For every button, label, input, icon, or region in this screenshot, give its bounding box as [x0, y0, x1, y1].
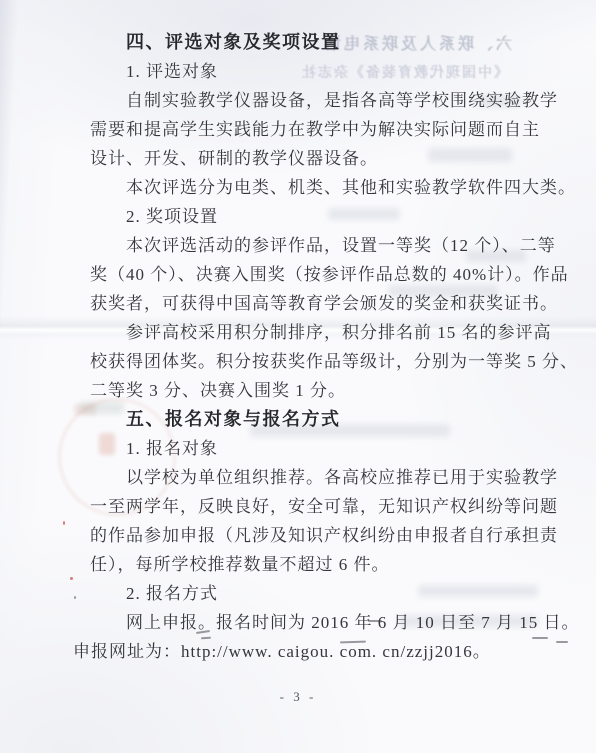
doc-line: 本次评选活动的参评作品，设置一等奖（12 个）、二等 — [90, 231, 538, 260]
doc-line: 的作品参加申报（凡涉及知识产权纠纷由申报者自行承担责 — [90, 521, 538, 550]
doc-line: 以学校为单位组织推荐。各高校应推荐已用于实验教学 — [90, 463, 538, 492]
doc-line: 本次评选分为电类、机类、其他和实验教学软件四大类。 — [90, 173, 538, 202]
scanned-document-page: 六、联系人及联系电话 《中国现代教育装备》杂志社 四、评选对象及奖项设置 1. … — [0, 0, 596, 753]
doc-line: 任），每所学校推荐数量不超过 6 件。 — [90, 550, 538, 579]
doc-line: 自制实验教学仪器设备，是指各高等学校围绕实验教学 — [90, 86, 538, 115]
doc-line: 校获得团体奖。积分按获奖作品等级计，分别为一等奖 5 分、 — [90, 347, 538, 376]
subheading-5-1: 1. 报名对象 — [90, 434, 538, 463]
document-body: 四、评选对象及奖项设置 1. 评选对象 自制实验教学仪器设备，是指各高等学校围绕… — [90, 28, 538, 666]
doc-line: 二等奖 3 分、决赛入围奖 1 分。 — [90, 376, 538, 405]
subheading-4-1: 1. 评选对象 — [90, 57, 538, 86]
doc-line: 网上申报。报名时间为 2016 年 6 月 10 日至 7 月 15 日。 — [90, 608, 538, 637]
ink-speck — [70, 577, 73, 580]
section-heading-4: 四、评选对象及奖项设置 — [90, 28, 538, 57]
section-heading-5: 五、报名对象与报名方式 — [90, 405, 538, 434]
doc-line: 设计、开发、研制的教学仪器设备。 — [90, 144, 538, 173]
doc-line: 一至两学年，反映良好，安全可靠，无知识产权纠纷等问题 — [90, 492, 538, 521]
doc-line: 参评高校采用积分制排序，积分排名前 15 名的参评高 — [90, 318, 538, 347]
doc-line: 奖（40 个）、决赛入围奖（按参评作品总数的 40%计）。作品 — [90, 260, 538, 289]
scan-dash — [556, 641, 568, 643]
subheading-4-2: 2. 奖项设置 — [90, 202, 538, 231]
page-number: - 3 - — [0, 689, 596, 705]
subheading-5-2: 2. 报名方式 — [90, 579, 538, 608]
doc-line: 获奖者，可获得中国高等教育学会颁发的奖金和获奖证书。 — [90, 289, 538, 318]
ink-speck — [63, 521, 65, 525]
application-url-line: 申报网址为：http://www. caigou. com. cn/zzjj20… — [73, 637, 538, 666]
doc-line: 需要和提高学生实践能力在教学中为解决实际问题而自主 — [90, 115, 538, 144]
ink-speck — [74, 596, 76, 599]
